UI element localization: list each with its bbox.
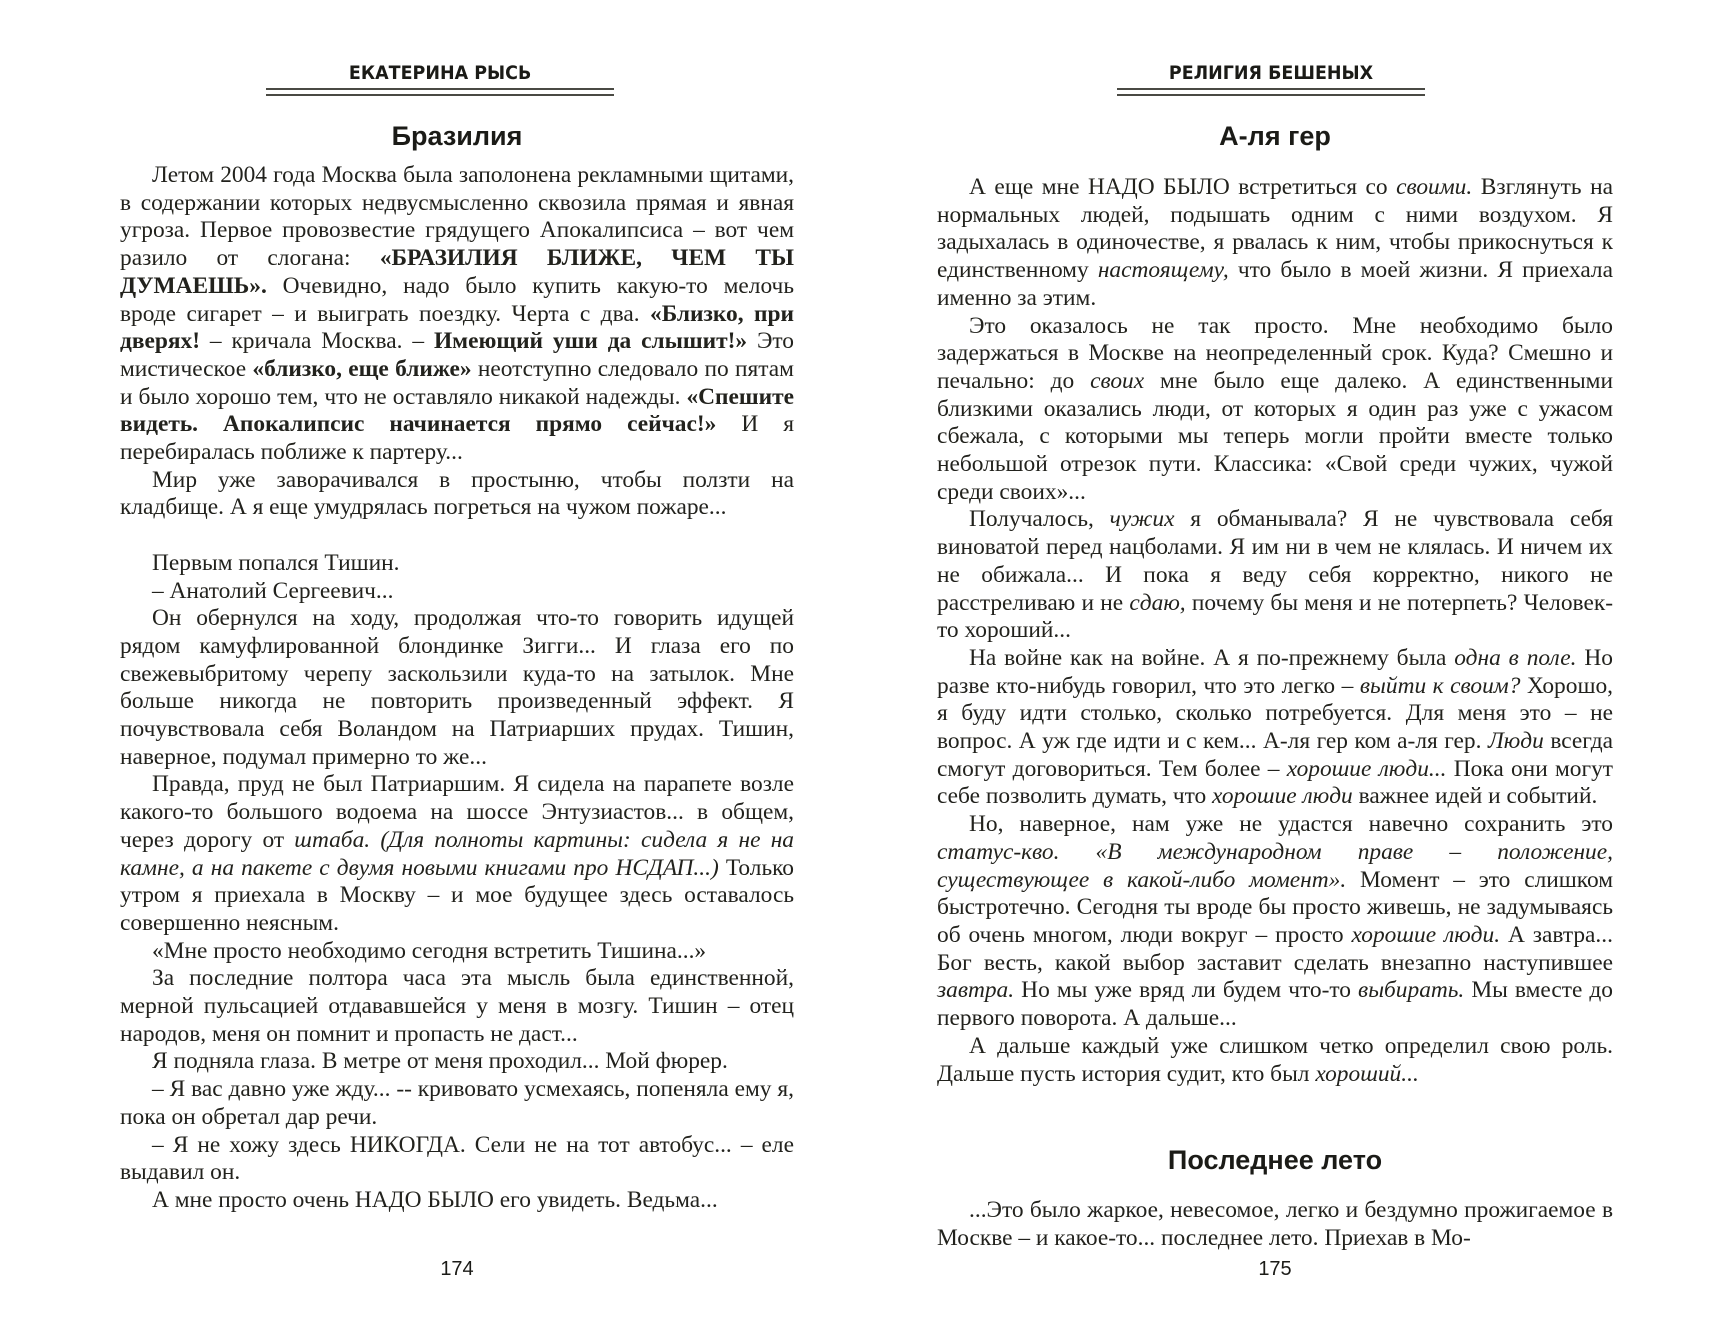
italic-run: хорошие люди... (1287, 756, 1447, 782)
italic-run: хороший... (1315, 1061, 1418, 1087)
paragraph: Но, наверное, нам уже не удастся навечно… (937, 811, 1613, 1033)
text-run: На войне как на войне. А я по-прежнему б… (969, 645, 1454, 671)
paragraph: – Анатолий Сергеевич... (120, 578, 794, 606)
italic-run: завтра. (937, 977, 1014, 1003)
text-run: Получалось, (969, 506, 1110, 532)
text-run: Он обернулся на ходу, продолжая что-то г… (120, 605, 794, 770)
paragraph: Получалось, чужих я обманывала? Я не чув… (937, 506, 1613, 645)
text-run: «Мне просто необходимо сегодня встретить… (152, 938, 706, 964)
paragraph: Я подняла глаза. В метре от меня проходи… (120, 1048, 794, 1076)
paragraph: Он обернулся на ходу, продолжая что-то г… (120, 605, 794, 771)
italic-run: своих (1090, 368, 1144, 394)
text-run: А мне просто очень НАДО БЫЛО его увидеть… (152, 1187, 718, 1213)
paragraph: – Я не хожу здесь НИКОГДА. Сели не на то… (120, 1132, 794, 1187)
paragraph: Летом 2004 года Москва была заполонена р… (120, 162, 794, 467)
text-run: Но, наверное, нам уже не удастся навечно… (969, 811, 1613, 837)
italic-run: сдаю, (1129, 590, 1185, 616)
paragraph: А еще мне НАДО БЫЛО встретиться со своим… (937, 174, 1613, 313)
text-run: – Я вас давно уже жду... -- кривовато ус… (120, 1076, 794, 1130)
italic-run: выбирать. (1358, 977, 1464, 1003)
running-header-book-title: РЕЛИГИЯ БЕШЕНЫХ (1169, 62, 1373, 84)
header-rule-bottom (266, 94, 614, 96)
paragraph: – Я вас давно уже жду... -- кривовато ус… (120, 1076, 794, 1131)
text-run: Первым попался Тишин. (152, 550, 399, 576)
text-run: Мир уже заворачивался в простыню, чтобы … (120, 467, 794, 521)
paragraph: За последние полтора часа эта мысль была… (120, 965, 794, 1048)
body-text-right: А еще мне НАДО БЫЛО встретиться со своим… (937, 174, 1613, 1088)
running-header-author: ЕКАТЕРИНА РЫСЬ (349, 62, 531, 84)
text-run: А еще мне НАДО БЫЛО встретиться со (969, 174, 1396, 200)
header-rule-top (1117, 88, 1425, 90)
bold-run: Имеющий уши да слышит!» (434, 328, 747, 354)
paragraph: А мне просто очень НАДО БЫЛО его увидеть… (120, 1187, 794, 1215)
text-run: Я подняла глаза. В метре от меня проходи… (152, 1048, 728, 1074)
left-page: ЕКАТЕРИНА РЫСЬ Бразилия Летом 2004 года … (120, 0, 794, 1343)
page-number-left: 174 (120, 1258, 794, 1281)
text-run: А дальше каждый уже слишком четко опреде… (937, 1033, 1613, 1087)
bold-run: «близко, еще ближе» (252, 356, 471, 382)
text-run: – Анатолий Сергеевич... (152, 578, 393, 604)
right-page: РЕЛИГИЯ БЕШЕНЫХ А-ля гер А еще мне НАДО … (937, 0, 1613, 1343)
paragraph: Мир уже заворачивался в простыню, чтобы … (120, 467, 794, 522)
italic-run: хорошие люди. (1351, 922, 1500, 948)
text-run: – кричала Москва. – (200, 328, 434, 354)
paragraph: Правда, пруд не был Патриаршим. Я сидела… (120, 771, 794, 937)
text-run: Но мы уже вряд ли будем что-то (1014, 977, 1358, 1003)
paragraph: ...Это было жаркое, невесомое, легко и б… (937, 1197, 1613, 1252)
body-text-right-section2: ...Это было жаркое, невесомое, легко и б… (937, 1197, 1613, 1252)
text-run: За последние полтора часа эта мысль была… (120, 965, 794, 1046)
paragraph: А дальше каждый уже слишком четко опреде… (937, 1033, 1613, 1088)
text-run: ...Это было жаркое, невесомое, легко и б… (937, 1197, 1613, 1251)
italic-run: выйти к своим? (1360, 673, 1521, 699)
paragraph: «Мне просто необходимо сегодня встретить… (120, 938, 794, 966)
header-rule-top (266, 88, 614, 90)
section-title-a-la-guerre: А-ля гер (937, 121, 1613, 152)
running-header-right: РЕЛИГИЯ БЕШЕНЫХ (937, 62, 1613, 96)
paragraph: Первым попался Тишин. (120, 550, 794, 578)
text-run: – Я не хожу здесь НИКОГДА. Сели не на то… (120, 1132, 794, 1186)
text-run: важнее идей и событий. (1353, 783, 1598, 809)
section-title-brazilia: Бразилия (120, 121, 794, 152)
running-header-left: ЕКАТЕРИНА РЫСЬ (120, 62, 794, 96)
italic-run: своими. (1396, 174, 1472, 200)
page-number-right: 175 (937, 1258, 1613, 1281)
italic-run: Люди (1488, 728, 1544, 754)
paragraph: Это оказалось не так просто. Мне необход… (937, 313, 1613, 507)
italic-run: настоящему, (1098, 257, 1229, 283)
paragraph: На войне как на войне. А я по-прежнему б… (937, 645, 1613, 811)
section-title-last-summer: Последнее лето (937, 1145, 1613, 1176)
italic-run: одна в поле. (1454, 645, 1576, 671)
italic-run: хорошие люди (1212, 783, 1353, 809)
body-text-left: Летом 2004 года Москва была заполонена р… (120, 162, 794, 1215)
italic-run: чужих (1110, 506, 1175, 532)
header-rule-bottom (1117, 94, 1425, 96)
